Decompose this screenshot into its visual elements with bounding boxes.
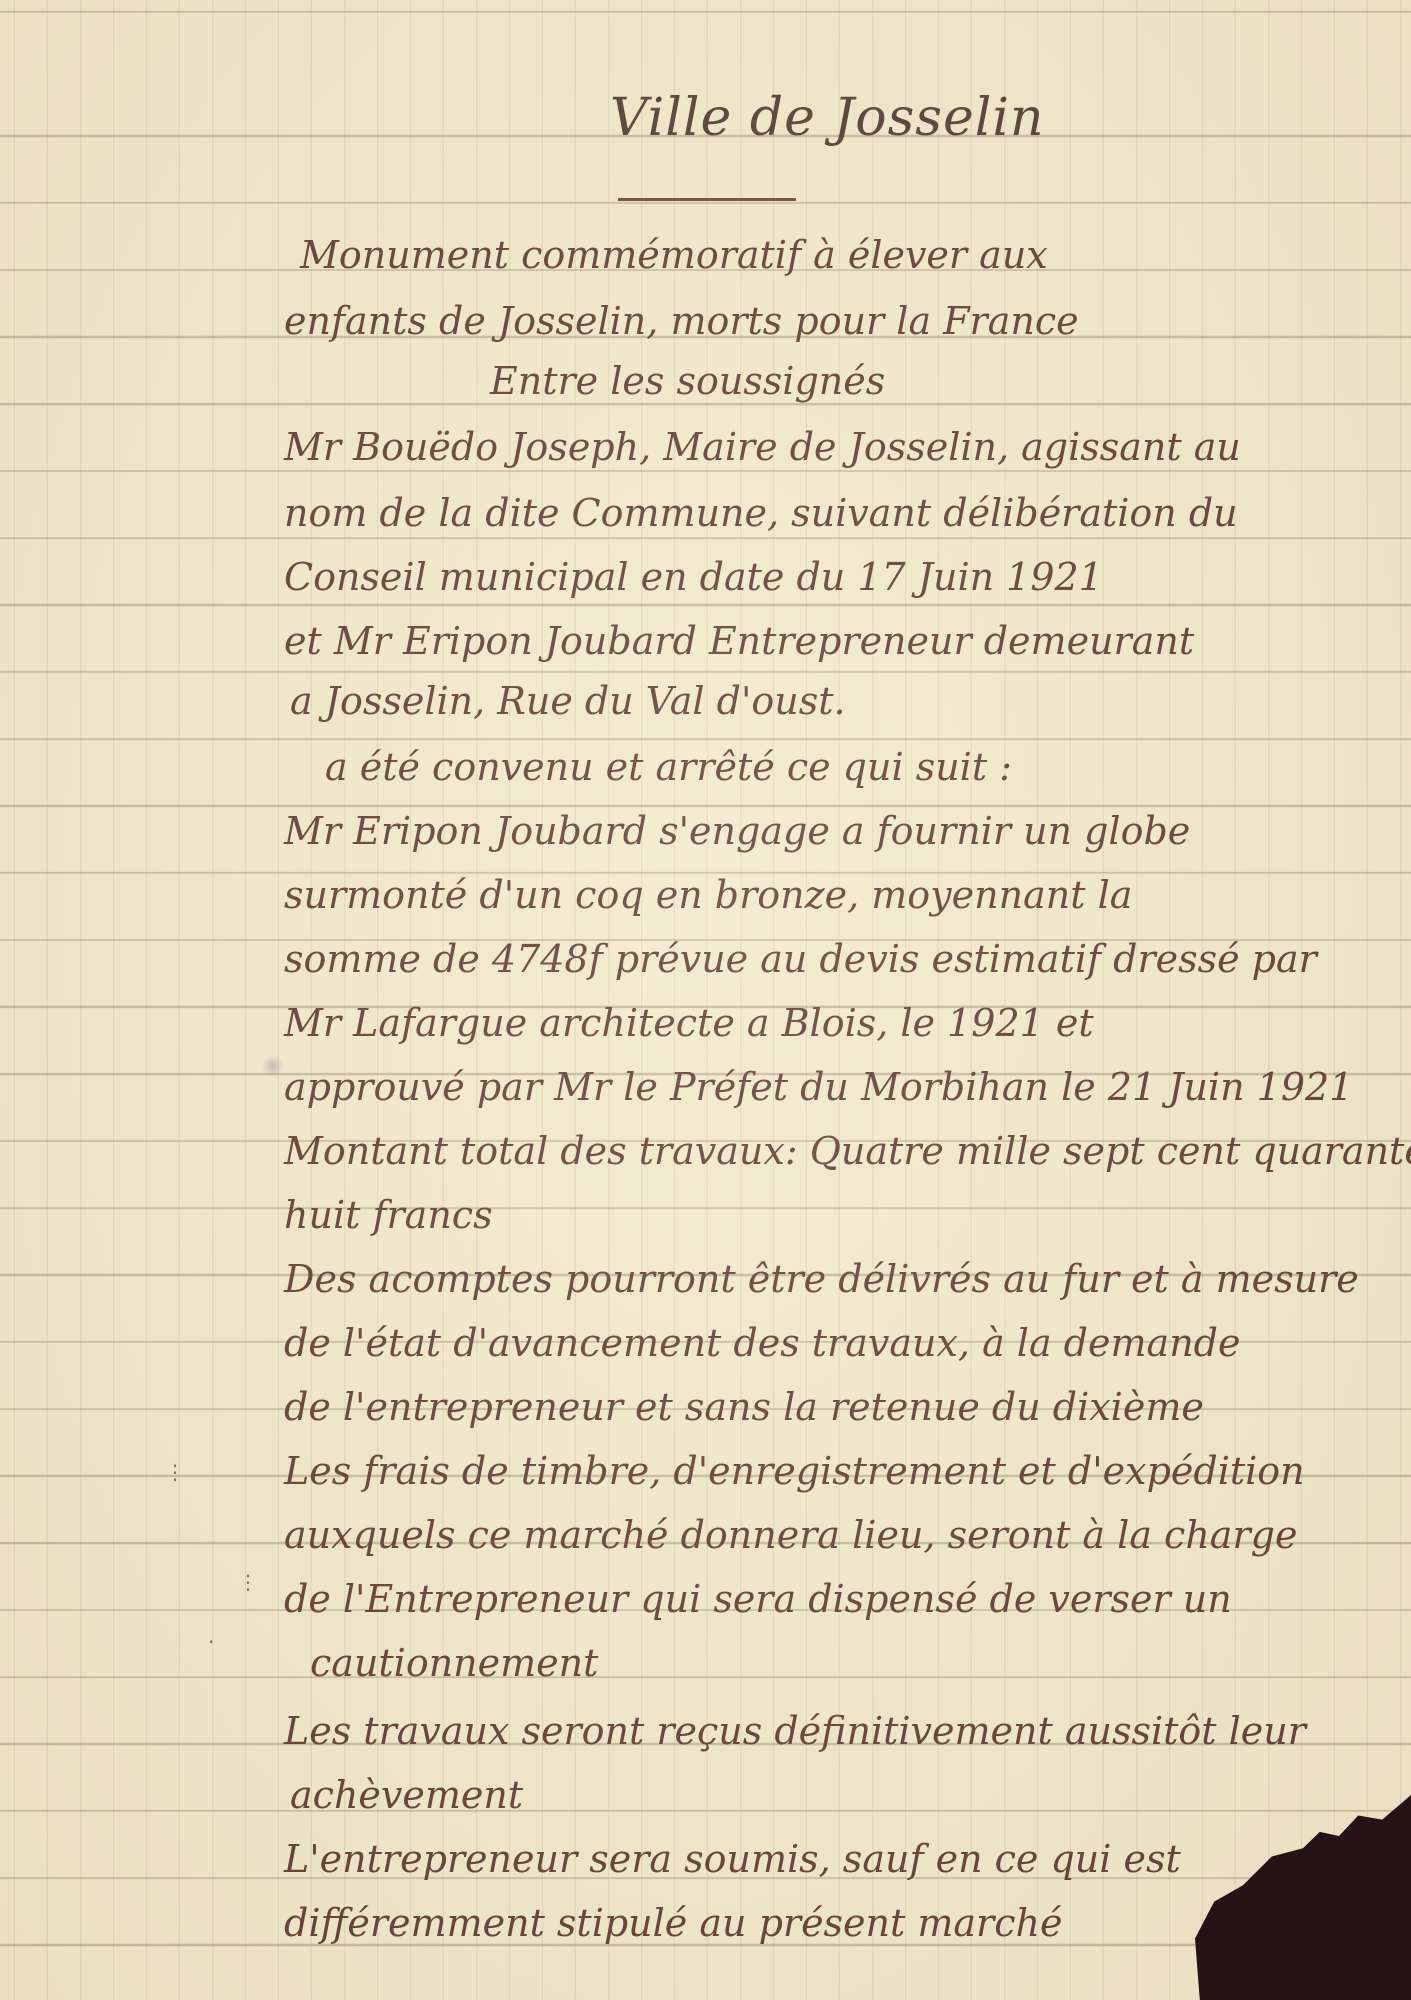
- text-line-25: achèvement: [290, 1776, 523, 1814]
- margin-marks: ⋮: [165, 1460, 185, 1484]
- text-line-26: L'entrepreneur sera soumis, sauf en ce q…: [284, 1840, 1181, 1878]
- text-line-7: et Mr Eripon Joubard Entrepreneur demeur…: [284, 622, 1194, 660]
- text-line-27: différemment stipulé au présent marché: [284, 1904, 1062, 1942]
- text-line-5: nom de la dite Commune, suivant délibéra…: [284, 494, 1238, 532]
- text-line-13: Mr Lafargue architecte a Blois, le 1921 …: [284, 1004, 1094, 1042]
- title-underline: [618, 198, 796, 201]
- text-line-19: de l'entrepreneur et sans la retenue du …: [284, 1388, 1204, 1426]
- text-line-23: cautionnement: [310, 1644, 598, 1682]
- text-line-16: huit francs: [284, 1196, 493, 1234]
- text-line-17: Des acomptes pourront être délivrés au f…: [284, 1260, 1359, 1298]
- ink-stain: [262, 1055, 284, 1077]
- text-line-21: auxquels ce marché donnera lieu, seront …: [284, 1516, 1297, 1554]
- text-line-2: enfants de Josselin, morts pour la Franc…: [284, 302, 1079, 340]
- text-line-6: Conseil municipal en date du 17 Juin 192…: [284, 558, 1103, 596]
- text-line-9: a été convenu et arrêté ce qui suit :: [325, 748, 1012, 786]
- torn-corner-blot: [1171, 1795, 1411, 2000]
- text-line-18: de l'état d'avancement des travaux, à la…: [284, 1324, 1240, 1362]
- text-line-12: somme de 4748f prévue au devis estimatif…: [284, 940, 1317, 978]
- margin-marks: ·: [208, 1630, 214, 1654]
- margin-marks: ⋮: [238, 1570, 258, 1594]
- text-line-22: de l'Entrepreneur qui sera dispensé de v…: [284, 1580, 1232, 1618]
- text-line-15: Montant total des travaux: Quatre mille …: [284, 1132, 1411, 1170]
- text-line-4: Mr Bouëdo Joseph, Maire de Josselin, agi…: [284, 428, 1241, 466]
- text-line-1: Monument commémoratif à élever aux: [300, 236, 1048, 274]
- text-line-20: Les frais de timbre, d'enregistrement et…: [284, 1452, 1305, 1490]
- text-line-10: Mr Eripon Joubard s'engage a fournir un …: [284, 812, 1190, 850]
- handwritten-contract-page: Ville de Josselin Monument commémoratif …: [0, 0, 1411, 2000]
- document-title: Ville de Josselin: [610, 88, 1044, 148]
- text-line-24: Les travaux seront reçus définitivement …: [284, 1712, 1306, 1750]
- text-line-3: Entre les soussignés: [490, 362, 885, 400]
- text-line-14: approuvé par Mr le Préfet du Morbihan le…: [284, 1068, 1353, 1106]
- text-line-11: surmonté d'un coq en bronze, moyennant l…: [284, 876, 1132, 914]
- text-line-8: a Josselin, Rue du Val d'oust.: [290, 682, 846, 720]
